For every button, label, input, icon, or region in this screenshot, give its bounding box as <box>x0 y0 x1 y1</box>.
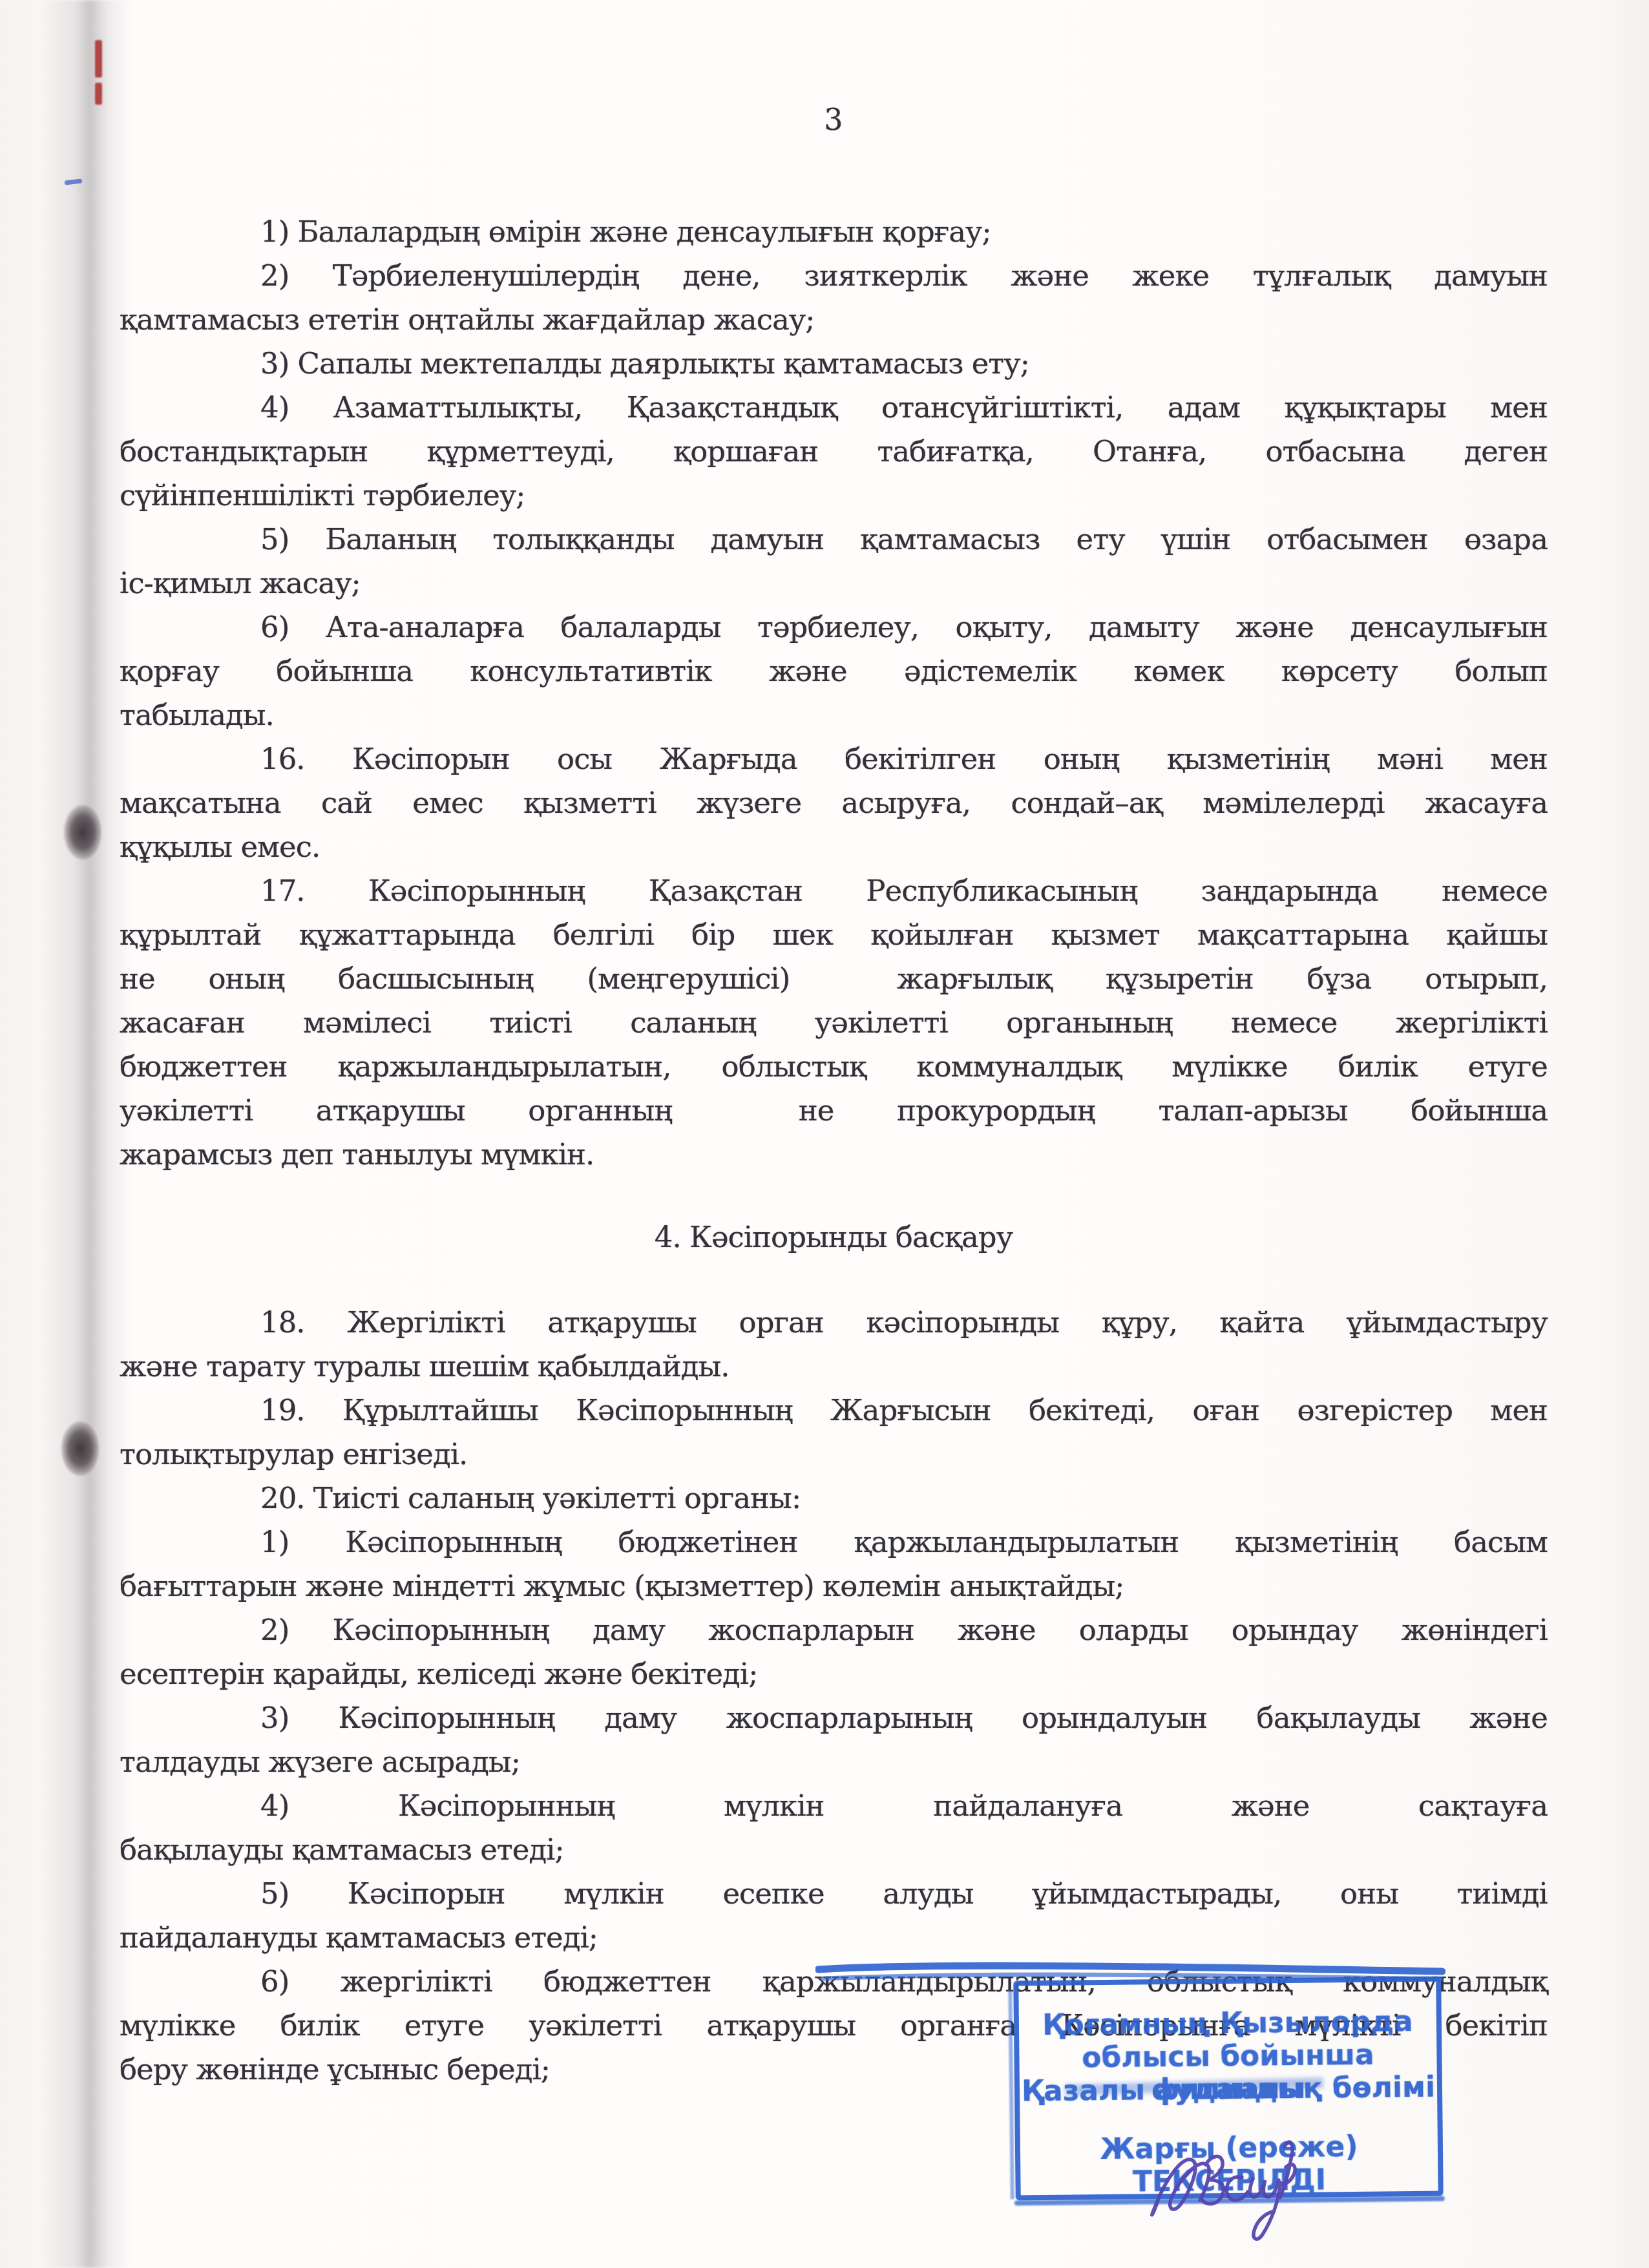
scan-edge-mark <box>95 40 102 78</box>
text-line: бақылауды қамтамасыз етеді; <box>120 1830 1548 1874</box>
binding-hole <box>64 805 101 859</box>
text-line: 4) Азаматтылықты, Қазақстандық отансүйгі… <box>120 388 1548 432</box>
text-line: 16. Кәсіпорын осы Жарғыда бекітілген оны… <box>120 739 1548 783</box>
text-line: іс-қимыл жасау; <box>120 563 1548 607</box>
page-number: 3 <box>120 102 1548 137</box>
text-line: 6) Ата-аналарға балаларды тәрбиелеу, оқы… <box>120 607 1548 651</box>
text-line: және тарату туралы шешім қабылдайды. <box>120 1347 1548 1391</box>
text-line: 5) Кәсіпорын мүлкін есепке алуды ұйымдас… <box>120 1874 1548 1918</box>
text-line: 5) Баланың толыққанды дамуын қамтамасыз … <box>120 520 1548 563</box>
text-line: жарамсыз деп танылуы мүмкін. <box>120 1135 1548 1179</box>
stamp-line: Қоғамның Қызылорда <box>1019 2005 1436 2042</box>
text-line: сүйінпеншілікті тәрбиелеу; <box>120 476 1548 520</box>
scan-shadow <box>40 0 131 2268</box>
signature <box>1142 2123 1312 2242</box>
stamp-line: облысы бойынша филиалы <box>1019 2038 1436 2075</box>
text-line: құрылтай құжаттарында белгілі бір шек қо… <box>120 915 1548 959</box>
text-line: толықтырулар енгізеді. <box>120 1434 1548 1478</box>
text-line: 18. Жергілікті атқарушы орган кәсіпорынд… <box>120 1303 1548 1347</box>
text-line: уәкілетті атқарушы органның не прокурорд… <box>120 1091 1548 1135</box>
text-line: қорғау бойынша консультативтік және әдіс… <box>120 651 1548 695</box>
text-line: есептерін қарайды, келіседі және бекітед… <box>120 1654 1548 1698</box>
binding-hole <box>61 1422 99 1476</box>
text-line: 3) Сапалы мектепалды даярлықты қамтамасы… <box>120 344 1548 388</box>
text-line: қамтамасыз ететін оңтайлы жағдайлар жаса… <box>120 300 1548 344</box>
text-line: 4) Кәсіпорынның мүлкін пайдалануға және … <box>120 1786 1548 1830</box>
text-body: 1) Балалардың өмірін және денсаулығын қо… <box>120 212 1548 2094</box>
text-line: табылады. <box>120 695 1548 739</box>
text-line: 2) Тәрбиеленушілердің дене, зияткерлік ж… <box>120 256 1548 300</box>
text-line: 2) Кәсіпорынның даму жоспарларын және ол… <box>120 1610 1548 1654</box>
text-line: құқылы емес. <box>120 827 1548 871</box>
text-line: 1) Балалардың өмірін және денсаулығын қо… <box>120 212 1548 256</box>
text-line: 19. Құрылтайшы Кәсіпорынның Жарғысын бек… <box>120 1391 1548 1434</box>
text-line: пайдалануды қамтамасыз етеді; <box>120 1918 1548 1962</box>
text-line: 1) Кәсіпорынның бюджетінен қаржыландырыл… <box>120 1522 1548 1566</box>
text-line: 3) Кәсіпорынның даму жоспарларының орынд… <box>120 1698 1548 1742</box>
scanned-page: 3 1) Балалардың өмірін және денсаулығын … <box>0 0 1649 2268</box>
text-line: бюджеттен қаржыландырылатын, облыстық ко… <box>120 1047 1548 1091</box>
text-line: талдауды жүзеге асырады; <box>120 1742 1548 1786</box>
text-line: 17. Кәсіпорынның Қазақстан Республикасын… <box>120 871 1548 915</box>
text-line: бағыттарын және міндетті жұмыс (қызметте… <box>120 1566 1548 1610</box>
text-line: бостандықтарын құрметтеуді, қоршаған таб… <box>120 432 1548 476</box>
scan-edge-mark <box>95 83 102 105</box>
text-line: 20. Тиісті саланың уәкілетті органы: <box>120 1478 1548 1522</box>
text-line: мақсатына сай емес қызметті жүзеге асыру… <box>120 783 1548 827</box>
text-line: жасаған мәмілесі тиісті саланың уәкілетт… <box>120 1003 1548 1047</box>
section-heading: 4. Кәсіпорынды басқару <box>120 1217 1548 1261</box>
text-line: не оның басшысының (меңгерушісі) жарғылы… <box>120 959 1548 1003</box>
